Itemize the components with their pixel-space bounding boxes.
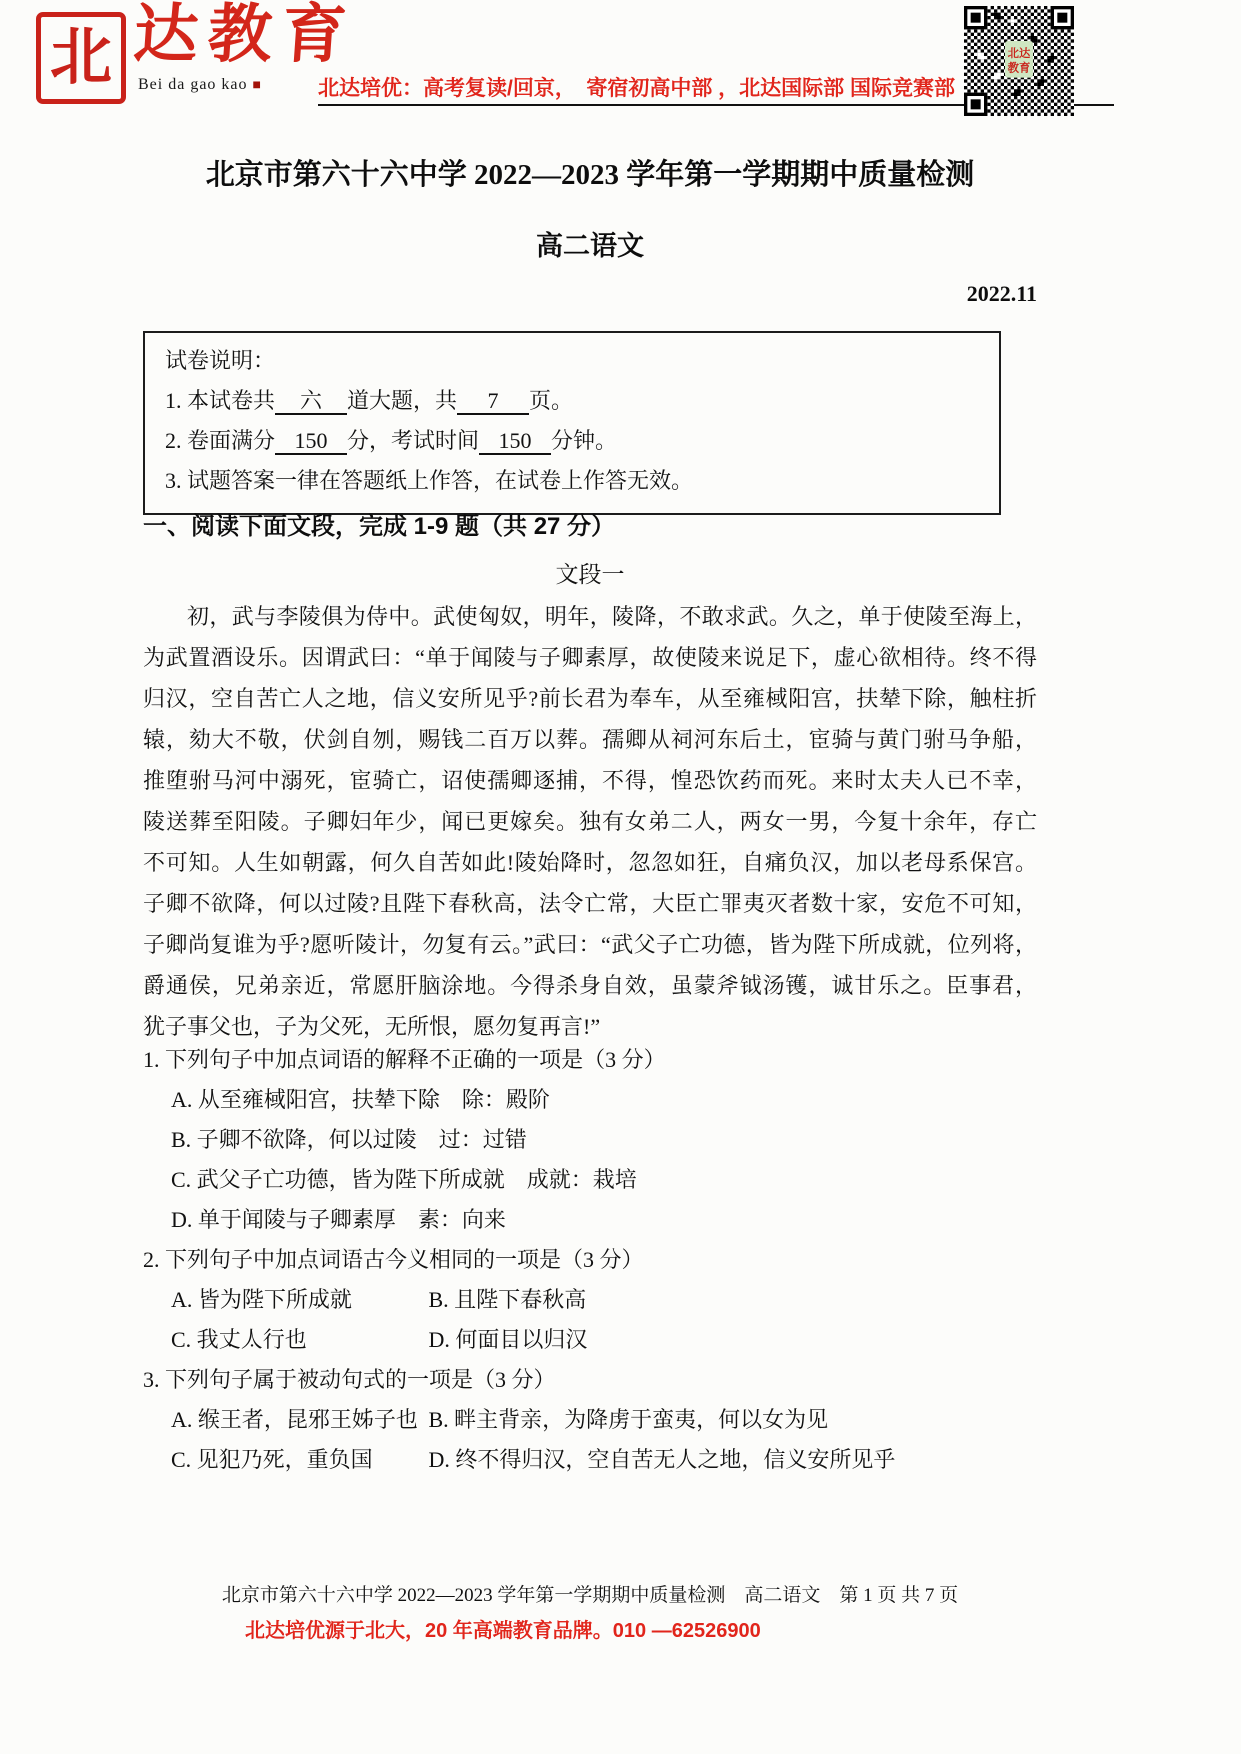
question-3-option-a: A. 缑王者，昆邪王姊子也 — [171, 1400, 423, 1440]
exam-paper-page: 北 达教育 Bei da gao kao ■ 北达培优：高考复读/回京， 寄宿初… — [0, 0, 1241, 1754]
passage-line: 陵送葬至阳陵。子卿妇年少，闻已更嫁矣。独有女弟二人，两女一男，今复十余年，存亡 — [143, 801, 1037, 842]
notice-box: 试卷说明： 1. 本试卷共六道大题，共7页。 2. 卷面满分150分，考试时间1… — [143, 331, 1001, 515]
question-3-option-d: D. 终不得归汉，空自苦无人之地，信义安所见乎 — [429, 1447, 896, 1472]
question-3-row-1: A. 缑王者，昆邪王姊子也 B. 畔主背亲，为降虏于蛮夷，何以女为见 — [143, 1400, 1043, 1440]
notice-heading: 试卷说明： — [165, 341, 979, 381]
qr-label-line1: 北达 — [1008, 46, 1031, 60]
passage-1: 初，武与李陵俱为侍中。武使匈奴，明年，陵降，不敢求武。久之，单于使陵至海上， 为… — [143, 596, 1037, 1047]
question-1-stem: 1. 下列句子中加点词语的解释不正确的一项是（3 分） — [143, 1040, 1043, 1080]
passage-line: 子卿不欲降，何以过陵?且陛下春秋高，法令亡常，大臣亡罪夷灭者数十家，安危不可知， — [143, 883, 1037, 924]
question-3-row-2: C. 见犯乃死，重负国 D. 终不得归汉，空自苦无人之地，信义安所见乎 — [143, 1440, 1043, 1480]
passage-line: 子卿尚复谁为乎?愿听陵计，勿复有云。”武曰：“武父子亡功德，皆为陛下所成就，位列… — [143, 924, 1037, 965]
questions-block: 1. 下列句子中加点词语的解释不正确的一项是（3 分） A. 从至雍棫阳宫，扶辇… — [143, 1040, 1043, 1480]
footer-page-info: 北京市第六十六中学 2022—2023 学年第一学期期中质量检测 高二语文 第 … — [0, 1580, 1180, 1607]
qr-label-line2: 教育 — [1008, 60, 1031, 74]
brand-wordmark: 达教育 — [132, 0, 359, 70]
question-2-stem: 2. 下列句子中加点词语古今义相同的一项是（3 分） — [143, 1240, 1043, 1280]
question-1-option-a: A. 从至雍棫阳宫，扶辇下除 除：殿阶 — [143, 1080, 1043, 1120]
footer-brand-line: 北达培优源于北大，20 年高端教育品牌。010 —62526900 — [245, 1614, 761, 1643]
section-1-heading: 一、阅读下面文段，完成 1-9 题（共 27 分） — [143, 506, 1043, 541]
brand-subtext-label: Bei da gao kao — [138, 76, 248, 93]
question-2-option-b: B. 且陛下春秋高 — [429, 1287, 587, 1312]
question-2-option-d: D. 何面目以归汉 — [429, 1327, 588, 1352]
question-2-option-c: C. 我丈人行也 — [171, 1320, 423, 1360]
question-2-row-2: C. 我丈人行也 D. 何面目以归汉 — [143, 1320, 1043, 1360]
passage-line: 辕，劾大不敬，伏剑自刎，赐钱二百万以葬。孺卿从祠河东后土，宦骑与黄门驸马争船， — [143, 719, 1037, 760]
exam-date: 2022.11 — [967, 281, 1037, 307]
passage-1-title: 文段一 — [143, 556, 1037, 589]
exam-title: 北京市第六十六中学 2022—2023 学年第一学期期中质量检测 — [0, 152, 1180, 193]
question-3-stem: 3. 下列句子属于被动句式的一项是（3 分） — [143, 1360, 1043, 1400]
seal-character: 北 — [50, 27, 112, 89]
passage-line: 为武置酒设乐。因谓武曰：“单于闻陵与子卿素厚，故使陵来说足下，虚心欲相待。终不得 — [143, 637, 1037, 678]
qr-code: 北达 教育 — [964, 6, 1074, 116]
brand-subtext: Bei da gao kao ■ — [138, 76, 262, 94]
passage-line: 不可知。人生如朝露，何久自苦如此!陵始降时，忽忽如狂，自痛负汉，加以老母系保宫。 — [143, 842, 1037, 883]
notice-item-2: 2. 卷面满分150分，考试时间150分钟。 — [165, 421, 979, 461]
question-3-option-b: B. 畔主背亲，为降虏于蛮夷，何以女为见 — [429, 1407, 829, 1432]
brand-square-icon: ■ — [253, 78, 262, 93]
question-1-option-d: D. 单于闻陵与子卿素厚 素：向来 — [143, 1200, 1043, 1240]
passage-line: 爵通侯，兄弟亲近，常愿肝脑涂地。今得杀身自效，虽蒙斧钺汤镬，诚甘乐之。臣事君， — [143, 965, 1037, 1006]
question-2-row-1: A. 皆为陛下所成就 B. 且陛下春秋高 — [143, 1280, 1043, 1320]
question-1-option-b: B. 子卿不欲降，何以过陵 过：过错 — [143, 1120, 1043, 1160]
beida-seal-logo: 北 — [36, 12, 126, 104]
passage-line: 推堕驸马河中溺死，宦骑亡，诏使孺卿逐捕，不得，惶恐饮药而死。来时太夫人已不幸， — [143, 760, 1037, 801]
question-3-option-c: C. 见犯乃死，重负国 — [171, 1440, 423, 1480]
notice-item-3: 3. 试题答案一律在答题纸上作答，在试卷上作答无效。 — [165, 461, 979, 501]
notice-item-1: 1. 本试卷共六道大题，共7页。 — [165, 381, 979, 421]
question-2-option-a: A. 皆为陛下所成就 — [171, 1280, 423, 1320]
question-1-option-c: C. 武父子亡功德，皆为陛下所成就 成就：栽培 — [143, 1160, 1043, 1200]
exam-subject: 高二语文 — [0, 224, 1180, 263]
passage-line: 归汉，空自苦亡人之地，信义安所见乎?前长君为奉车，从至雍棫阳宫，扶辇下除，触柱折 — [143, 678, 1037, 719]
passage-line: 初，武与李陵俱为侍中。武使匈奴，明年，陵降，不敢求武。久之，单于使陵至海上， — [143, 596, 1037, 637]
